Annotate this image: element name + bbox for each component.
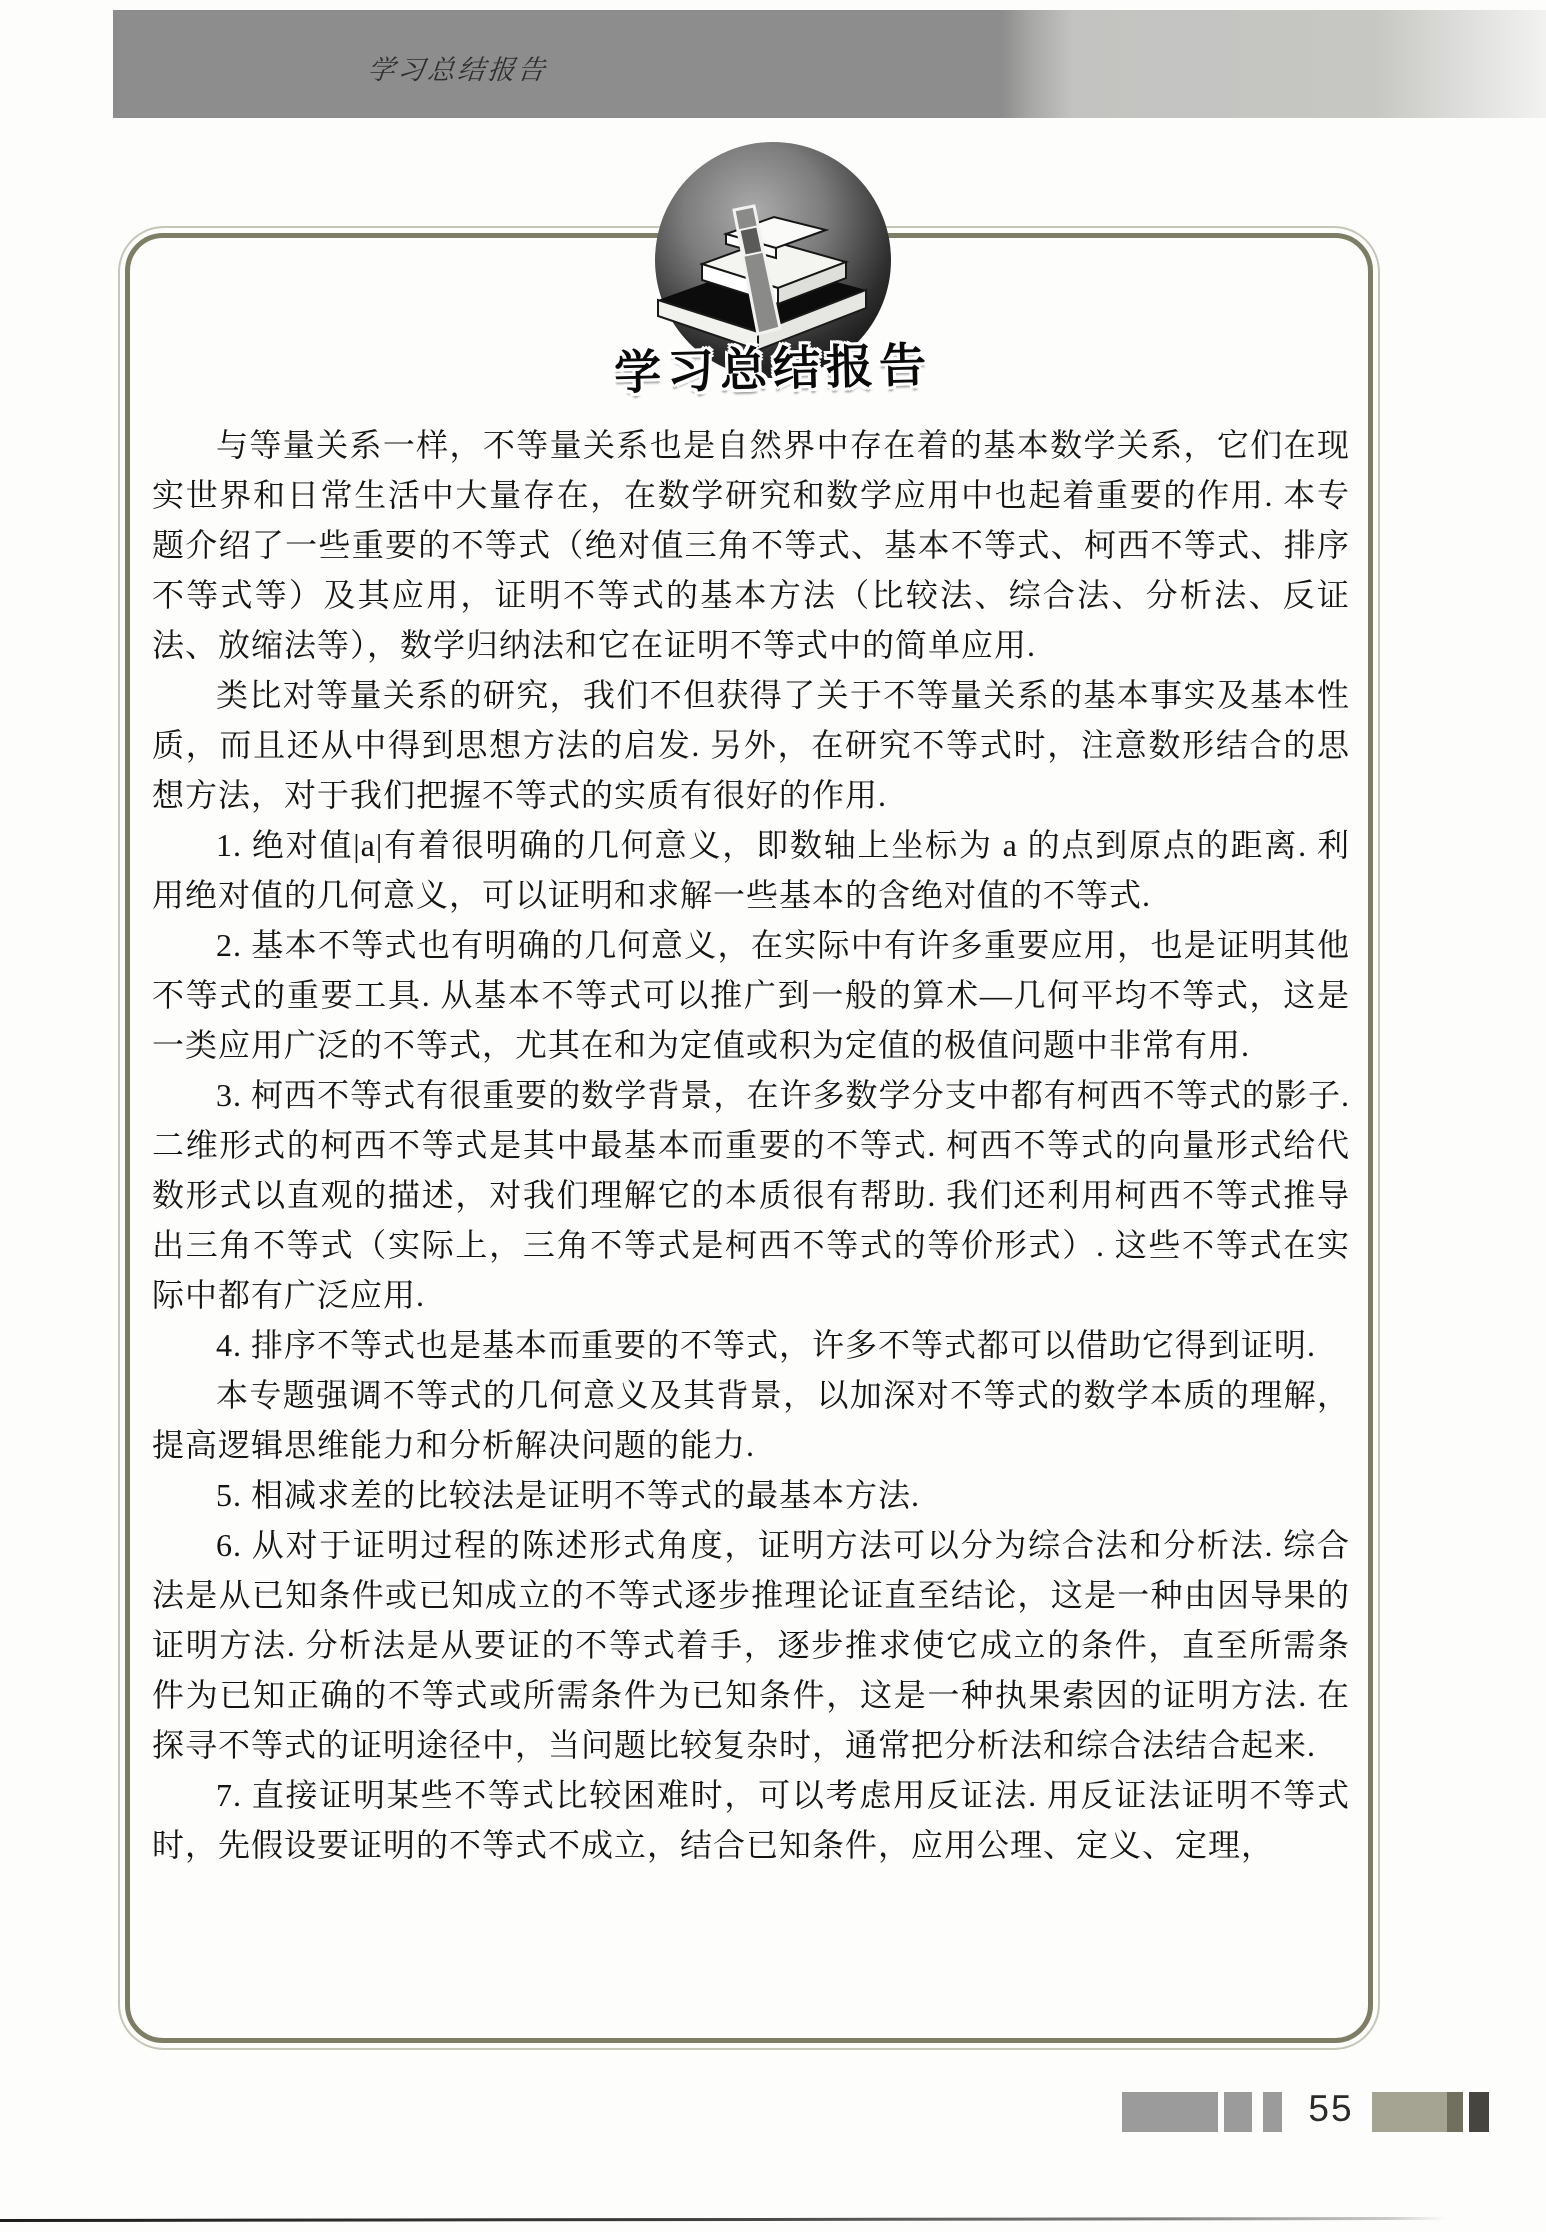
page-number: 55 [1296, 2088, 1366, 2130]
footer-block-2 [1224, 2092, 1252, 2132]
header-title: 学习总结报告 [366, 48, 550, 87]
paragraph-item-5: 5. 相减求差的比较法是证明不等式的最基本方法. [152, 1470, 1350, 1520]
footer-block-1 [1122, 2092, 1218, 2132]
paragraph-item-2: 2. 基本不等式也有明确的几何意义，在实际中有许多重要应用，也是证明其他不等式的… [152, 920, 1350, 1070]
paragraph-item-6: 6. 从对于证明过程的陈述形式角度，证明方法可以分为综合法和分析法. 综合法是从… [152, 1520, 1350, 1770]
footer-block-3 [1263, 2092, 1282, 2132]
summary-text: 与等量关系一样，不等量关系也是自然界中存在着的基本数学关系，它们在现实世界和日常… [152, 420, 1350, 1870]
chapter-badge: 学习总结报告 [630, 132, 916, 412]
footer-block-5 [1447, 2092, 1463, 2132]
paragraph-analogy: 类比对等量关系的研究，我们不但获得了关于不等量关系的基本事实及基本性质，而且还从… [152, 670, 1350, 820]
bottom-rule [0, 2217, 1445, 2222]
paragraph-item-7: 7. 直接证明某些不等式比较困难时，可以考虑用反证法. 用反证法证明不等式时，先… [152, 1770, 1350, 1870]
paragraph-item-1: 1. 绝对值|a|有着很明确的几何意义，即数轴上坐标为 a 的点到原点的距离. … [152, 820, 1350, 920]
header-bar: 学习总结报告 [113, 10, 1546, 118]
badge-title: 学习总结报告 [569, 327, 977, 405]
paragraph-emphasis: 本专题强调不等式的几何意义及其背景，以加深对不等式的数学本质的理解，提高逻辑思维… [152, 1370, 1350, 1470]
paragraph-item-3: 3. 柯西不等式有很重要的数学背景，在许多数学分支中都有柯西不等式的影子. 二维… [152, 1070, 1350, 1320]
footer-block-4 [1372, 2092, 1447, 2132]
paragraph-item-4: 4. 排序不等式也是基本而重要的不等式，许多不等式都可以借助它得到证明. [152, 1320, 1350, 1370]
paragraph-intro: 与等量关系一样，不等量关系也是自然界中存在着的基本数学关系，它们在现实世界和日常… [152, 420, 1350, 670]
footer-block-6 [1469, 2092, 1489, 2132]
